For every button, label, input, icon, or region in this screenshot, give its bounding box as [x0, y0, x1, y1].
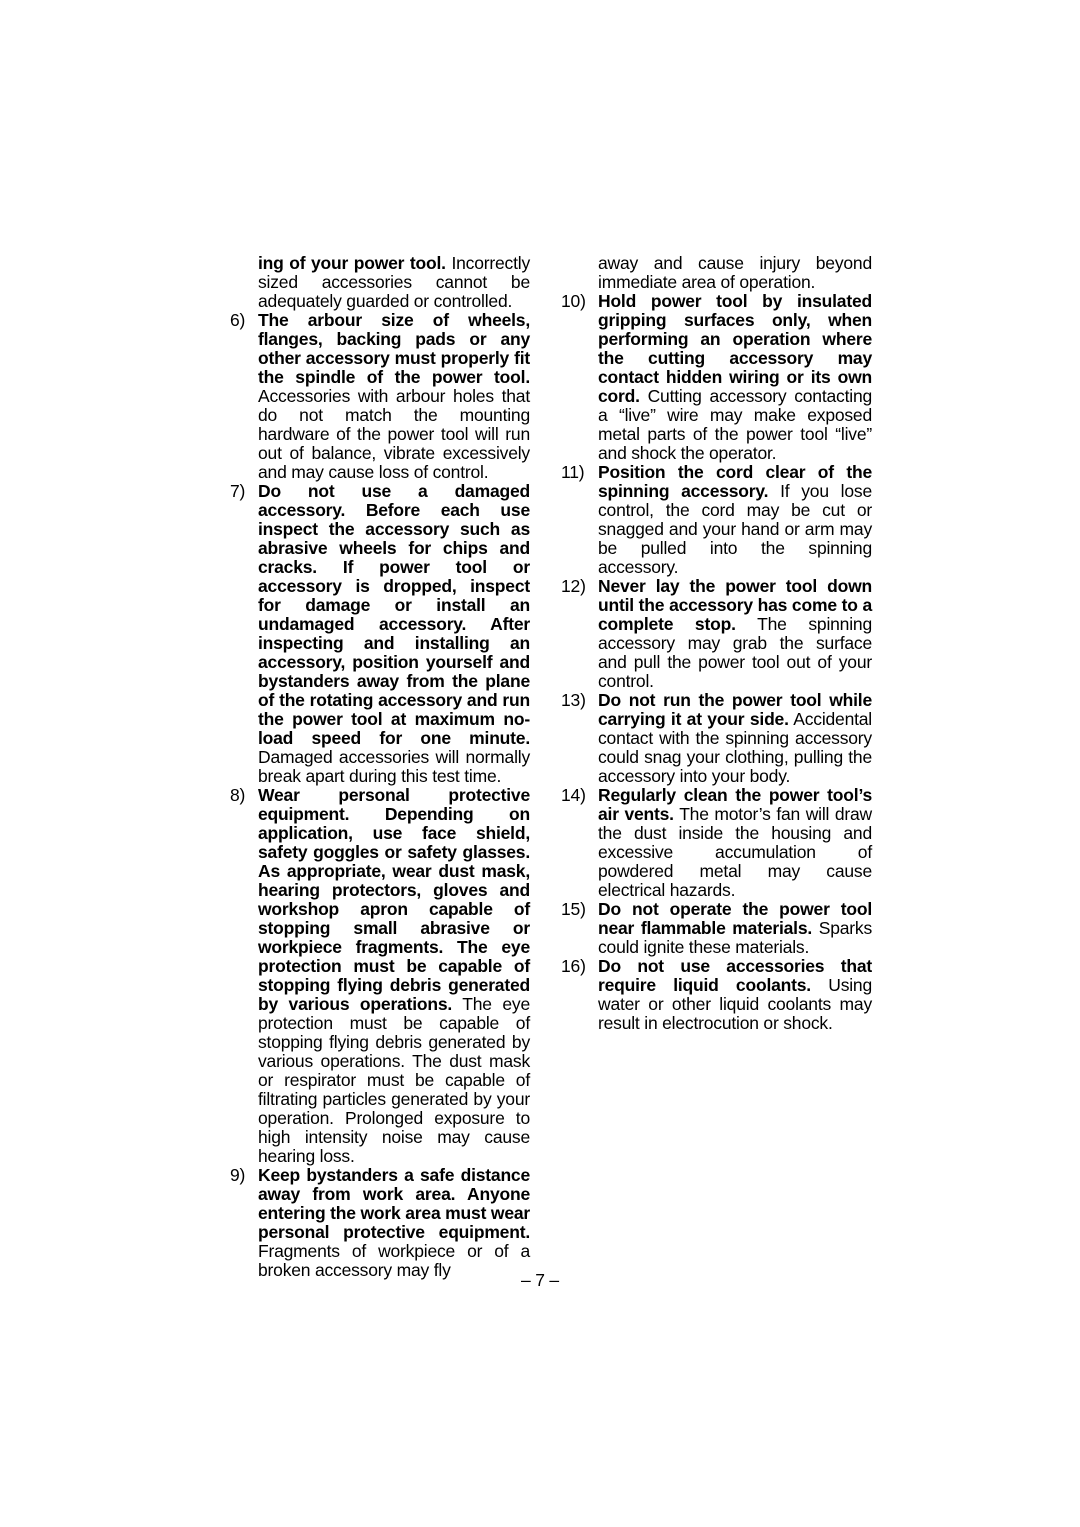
list-item-11: 11) Position the cord clear of the spinn… [561, 463, 872, 577]
item-regular-text: Accessories with arbour holes that do no… [258, 386, 530, 482]
item-text: Keep bystanders a safe distance away fro… [258, 1166, 530, 1280]
item-text: Do not operate the power tool near flamm… [598, 900, 872, 957]
page-number: – 7 – [0, 1271, 1080, 1290]
item-text: Do not use a damaged accessory. Before e… [258, 482, 530, 786]
item-number: 9) [230, 1166, 258, 1185]
item-regular-text: The eye protection must be capable of st… [258, 994, 530, 1166]
item-regular-text: Damaged accessories will normally break … [258, 747, 530, 786]
list-item-6: 6) The arbour size of wheels, flanges, b… [230, 311, 530, 482]
item-text: Regularly clean the power tool’s air ven… [598, 786, 872, 900]
list-item-continuation: away and cause injury beyond immediate a… [561, 254, 872, 292]
item-text: Position the cord clear of the spinning … [598, 463, 872, 577]
list-item-7: 7) Do not use a damaged accessory. Befor… [230, 482, 530, 786]
item-text: ing of your power tool. Incorrectly size… [258, 254, 530, 311]
item-text: Do not run the power tool while carrying… [598, 691, 872, 786]
item-number: 15) [561, 900, 598, 919]
item-number: 16) [561, 957, 598, 976]
list-item-12: 12) Never lay the power tool down until … [561, 577, 872, 691]
manual-page: ing of your power tool. Incorrectly size… [0, 0, 1080, 1527]
list-item-15: 15) Do not operate the power tool near f… [561, 900, 872, 957]
list-item-9: 9) Keep bystanders a safe distance away … [230, 1166, 530, 1280]
list-item-continuation: ing of your power tool. Incorrectly size… [230, 254, 530, 311]
item-text: away and cause injury beyond immediate a… [598, 254, 872, 292]
item-text: Hold power tool by insulated gripping su… [598, 292, 872, 463]
item-number: 11) [561, 463, 598, 482]
item-number: 7) [230, 482, 258, 501]
item-number: 12) [561, 577, 598, 596]
item-regular-text: away and cause injury beyond immediate a… [598, 253, 872, 292]
list-item-14: 14) Regularly clean the power tool’s air… [561, 786, 872, 900]
item-regular-text: Cutting accessory contacting a “live” wi… [598, 386, 872, 463]
item-number: 13) [561, 691, 598, 710]
item-bold-lead: ing of your power tool. [258, 253, 446, 273]
column-left: ing of your power tool. Incorrectly size… [230, 254, 530, 1280]
item-bold-lead: Do not use a damaged accessory. Before e… [258, 481, 530, 748]
item-text: The arbour size of wheels, flanges, back… [258, 311, 530, 482]
item-number: 6) [230, 311, 258, 330]
item-bold-lead: The arbour size of wheels, flanges, back… [258, 310, 530, 387]
item-bold-lead: Keep bystanders a safe distance away fro… [258, 1165, 530, 1242]
item-number: 14) [561, 786, 598, 805]
item-text: Never lay the power tool down until the … [598, 577, 872, 691]
column-right: away and cause injury beyond immediate a… [561, 254, 872, 1033]
item-bold-lead: Wear personal protective equipment. Depe… [258, 785, 530, 1014]
item-number: 8) [230, 786, 258, 805]
item-text: Do not use accessories that require liqu… [598, 957, 872, 1033]
item-number: 10) [561, 292, 598, 311]
list-item-13: 13) Do not run the power tool while carr… [561, 691, 872, 786]
list-item-8: 8) Wear personal protective equipment. D… [230, 786, 530, 1166]
item-text: Wear personal protective equipment. Depe… [258, 786, 530, 1166]
list-item-10: 10) Hold power tool by insulated grippin… [561, 292, 872, 463]
list-item-16: 16) Do not use accessories that require … [561, 957, 872, 1033]
